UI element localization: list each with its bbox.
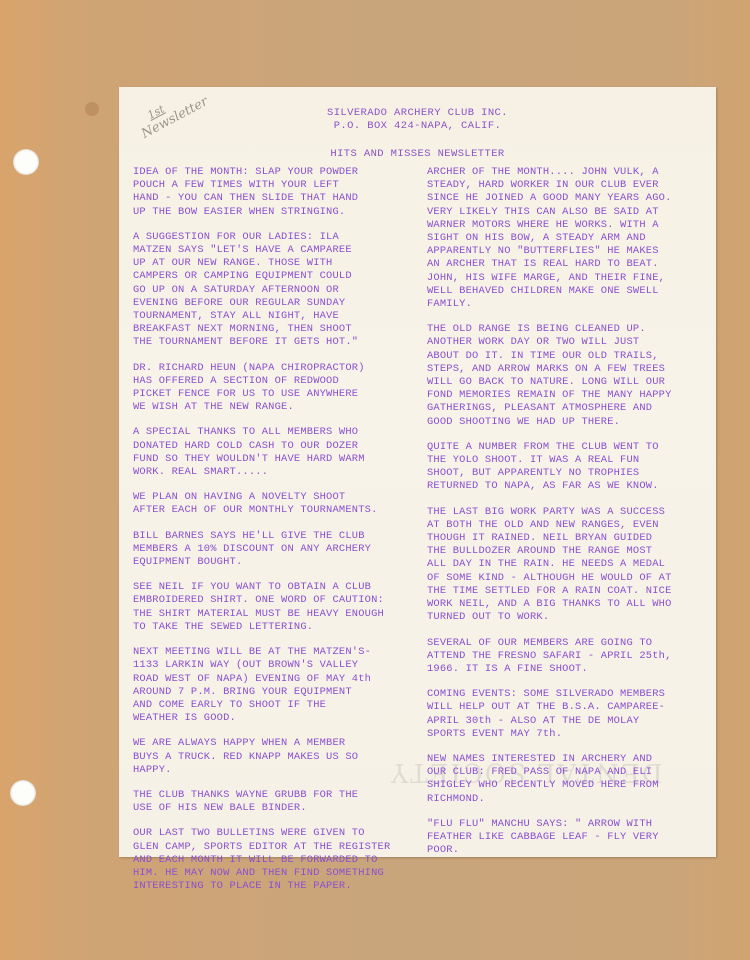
paragraph-bulletins: OUR LAST TWO BULLETINS WERE GIVEN TO GLE… [133, 827, 423, 893]
binder-punch-hole-bottom [10, 780, 36, 806]
paragraph-novelty-shoot: WE PLAN ON HAVING A NOVELTY SHOOT AFTER … [133, 491, 423, 517]
newsletter-title: HITS AND MISSES NEWSLETTER [119, 148, 716, 161]
paragraph-fresno-safari: SEVERAL OF OUR MEMBERS ARE GOING TO ATTE… [427, 637, 717, 677]
org-name: SILVERADO ARCHERY CLUB INC. [119, 107, 716, 120]
paragraph-discount: BILL BARNES SAYS HE'LL GIVE THE CLUB MEM… [133, 530, 423, 570]
left-column: IDEA OF THE MONTH: SLAP YOUR POWDER POUC… [133, 166, 423, 905]
paragraph-bale-binder: THE CLUB THANKS WAYNE GRUBB FOR THE USE … [133, 789, 423, 815]
paragraph-idea-of-month: IDEA OF THE MONTH: SLAP YOUR POWDER POUC… [133, 166, 423, 219]
right-column: ARCHER OF THE MONTH.... JOHN VULK, A STE… [427, 166, 717, 869]
letterhead: SILVERADO ARCHERY CLUB INC. P.O. BOX 424… [119, 107, 716, 161]
paragraph-flu-flu: "FLU FLU" MANCHU SAYS: " ARROW WITH FEAT… [427, 818, 717, 858]
paragraph-club-shirt: SEE NEIL IF YOU WANT TO OBTAIN A CLUB EM… [133, 581, 423, 634]
paragraph-redwood-fence: DR. RICHARD HEUN (NAPA CHIROPRACTOR) HAS… [133, 362, 423, 415]
paragraph-new-names: NEW NAMES INTERESTED IN ARCHERY AND OUR … [427, 753, 717, 806]
paragraph-yolo-shoot: QUITE A NUMBER FROM THE CLUB WENT TO THE… [427, 441, 717, 494]
paragraph-old-range: THE OLD RANGE IS BEING CLEANED UP. ANOTH… [427, 323, 717, 429]
paragraph-camparee-suggestion: A SUGGESTION FOR OUR LADIES: ILA MATZEN … [133, 231, 423, 350]
newsletter-page: DENTAL SOCIETY 1st Newsletter SILVERADO … [119, 87, 716, 857]
org-address: P.O. BOX 424-NAPA, CALIF. [119, 120, 716, 133]
board-stain [85, 102, 99, 116]
binder-punch-hole-top [13, 149, 39, 175]
paragraph-next-meeting: NEXT MEETING WILL BE AT THE MATZEN'S- 11… [133, 646, 423, 725]
paragraph-truck: WE ARE ALWAYS HAPPY WHEN A MEMBER BUYS A… [133, 737, 423, 777]
paragraph-archer-of-month: ARCHER OF THE MONTH.... JOHN VULK, A STE… [427, 166, 717, 311]
paragraph-dozer-fund: A SPECIAL THANKS TO ALL MEMBERS WHO DONA… [133, 426, 423, 479]
paragraph-work-party: THE LAST BIG WORK PARTY WAS A SUCCESS AT… [427, 506, 717, 625]
paragraph-coming-events: COMING EVENTS: SOME SILVERADO MEMBERS WI… [427, 688, 717, 741]
